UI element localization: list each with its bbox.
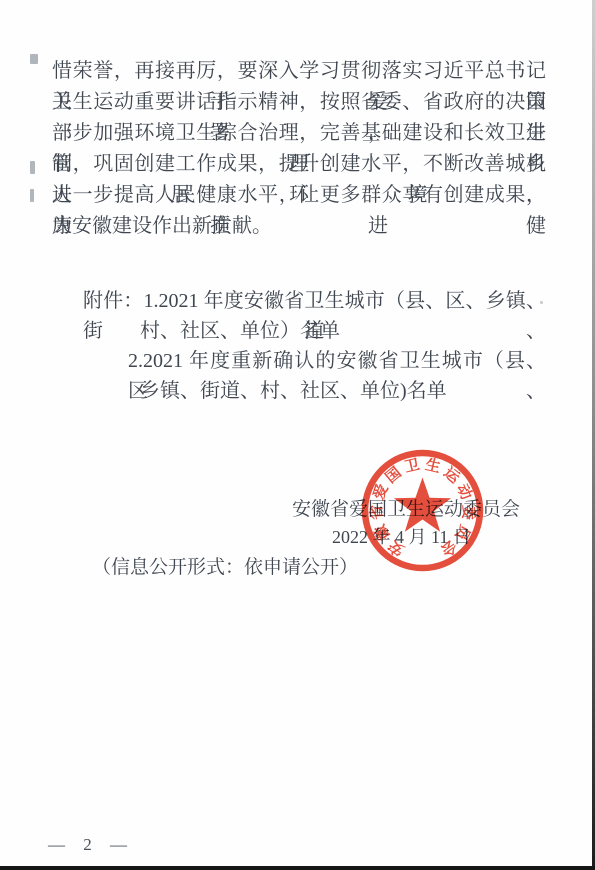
seal-character: 生 [424,456,443,476]
page-number: — 2 — [48,835,134,855]
scan-artifact [540,301,543,304]
body-line: 进一步提高人民健康水平，让更多群众享有创建成果，为推进健 [52,180,546,211]
seal-character: 委 [459,504,478,520]
official-seal: 安徽省爱国卫生运动委员会 [352,440,493,581]
seal-character: 省 [368,504,386,520]
body-line: 制，巩固创建工作成果，提升创建水平，不断改善城乡人居环境， [52,149,546,180]
scan-edge-bottom [0,866,595,870]
document-page: 惜荣誉，再接再厉，要深入学习贯彻落实习近平总书记关于爱国 卫生运动重要讲话指示精… [0,0,595,870]
body-paragraph: 惜荣誉，再接再厉，要深入学习贯彻落实习近平总书记关于爱国 卫生运动重要讲话指示精… [52,56,546,242]
disclosure-note: （信息公开形式：依申请公开） [92,552,358,579]
seal-character: 卫 [403,456,422,476]
attachment-line: 2.2021 年度重新确认的安徽省卫生城市（县、区、 [128,346,546,376]
body-line: 惜荣誉，再接再厉，要深入学习贯彻落实习近平总书记关于爱国 [52,56,546,87]
body-line: 卫生运动重要讲话指示精神，按照省委、省政府的决策部署，进 [52,87,546,118]
scan-artifact [30,54,38,64]
scan-artifact [30,161,35,174]
attachment-line: 附件：1.2021 年度安徽省卫生城市（县、区、乡镇、街道、 [83,286,546,316]
body-line: 一步加强环境卫生综合治理，完善基础建设和长效卫生管理机 [52,118,546,149]
star-icon [394,478,451,532]
attachment-block: 附件：1.2021 年度安徽省卫生城市（县、区、乡镇、街道、 村、社区、单位）名… [52,286,546,406]
scan-artifact [30,189,34,202]
